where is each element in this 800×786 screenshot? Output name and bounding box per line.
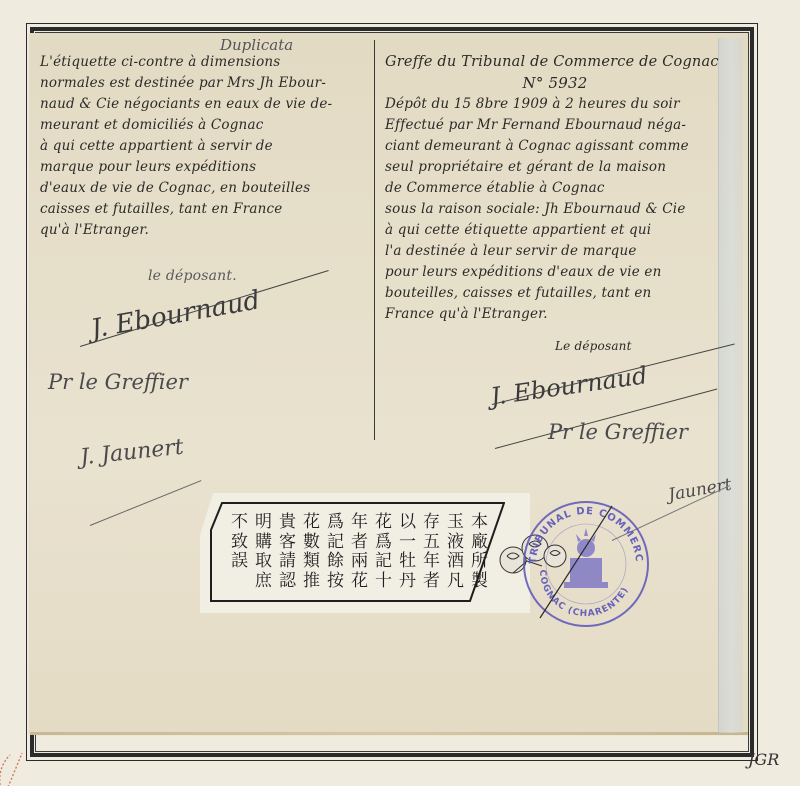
right-greffier-signature: Pr le Greffier <box>548 420 688 444</box>
label-character: 客 <box>279 533 296 553</box>
archivist-initials: JGR <box>748 750 779 769</box>
label-character: 五 <box>423 533 440 553</box>
right-line: l'a destinée à leur servir de marque <box>385 241 725 262</box>
label-character: 貴 <box>279 513 296 533</box>
red-archive-mark <box>0 745 26 786</box>
left-greffier-signature: Pr le Greffier <box>48 370 188 394</box>
label-character: 爲 <box>327 513 344 533</box>
label-character: 者 <box>423 572 440 592</box>
label-character: 不 <box>231 513 248 533</box>
label-character: 花 <box>375 513 392 533</box>
label-column: 本廠所製 <box>468 513 491 603</box>
left-line: naud & Cie négociants en eaux de vie de- <box>40 94 332 115</box>
left-line: normales est destinée par Mrs Jh Ebour- <box>40 73 332 94</box>
label-character: 廠 <box>471 533 488 553</box>
label-character: 年 <box>351 513 368 533</box>
label-character: 餘 <box>327 552 344 572</box>
right-line: ciant demeurant à Cognac agissant comme <box>385 136 725 157</box>
label-character: 液 <box>447 533 464 553</box>
right-line: de Commerce établie à Cognac <box>385 178 725 199</box>
label-character: 按 <box>327 572 344 592</box>
label-character: 以 <box>399 513 416 533</box>
left-line: meurant et domiciliés à Cognac <box>40 115 332 136</box>
label-character: 一 <box>399 533 416 553</box>
right-line: pour leurs expéditions d'eaux de vie en <box>385 262 725 283</box>
label-character: 爲 <box>375 533 392 553</box>
label-character: 推 <box>303 572 320 592</box>
label-character: 兩 <box>351 552 368 572</box>
label-character: 取 <box>255 552 272 572</box>
label-character: 數 <box>303 533 320 553</box>
right-line: Effectué par Mr Fernand Ebournaud néga- <box>385 115 725 136</box>
right-line: sous la raison sociale: Jh Ebournaud & C… <box>385 199 725 220</box>
registry-number: N° 5932 <box>385 73 725 94</box>
label-character: 花 <box>303 513 320 533</box>
left-depositor-label: le déposant. <box>148 266 237 287</box>
left-line: d'eaux de vie de Cognac, en bouteilles <box>40 178 332 199</box>
left-line: à qui cette appartient à servir de <box>40 136 332 157</box>
right-column-text: Greffe du Tribunal de Commerce de Cognac… <box>385 52 725 325</box>
left-column-text: L'étiquette ci-contre à dimensions norma… <box>40 52 332 241</box>
right-line: Dépôt du 15 8bre 1909 à 2 heures du soir <box>385 94 725 115</box>
label-character: 存 <box>423 513 440 533</box>
label-column: 花數類推 <box>300 513 323 603</box>
label-character: 凡 <box>447 572 464 592</box>
right-depositor-label: Le déposant <box>555 336 632 357</box>
label-character: 類 <box>303 552 320 572</box>
label-character: 庶 <box>255 572 272 592</box>
label-character: 製 <box>471 572 488 592</box>
label-character: 認 <box>279 572 296 592</box>
label-character: 者 <box>351 533 368 553</box>
label-character: 記 <box>327 533 344 553</box>
label-character: 記 <box>375 552 392 572</box>
label-character: 花 <box>351 572 368 592</box>
left-line: qu'à l'Etranger. <box>40 220 332 241</box>
label-character: 請 <box>279 552 296 572</box>
tribunal-stamp: TRIBUNAL DE COMMERCE DE COGNAC (CHARENTE… <box>520 498 652 630</box>
label-character: 誤 <box>231 552 248 572</box>
label-character: 明 <box>255 513 272 533</box>
right-line: bouteilles, caisses et futailles, tant e… <box>385 283 725 304</box>
left-line: L'étiquette ci-contre à dimensions <box>40 52 332 73</box>
right-line: à qui cette étiquette appartient et qui <box>385 220 725 241</box>
left-line: marque pour leurs expéditions <box>40 157 332 178</box>
chinese-label-text: 本廠所製玉液酒凡存五年者以一牡丹花爲記十年者兩花爲記餘按花數類推貴客請認明購取庶… <box>228 513 491 603</box>
right-line: France qu'à l'Etranger. <box>385 304 725 325</box>
label-character: 購 <box>255 533 272 553</box>
label-column: 存五年者 <box>420 513 443 603</box>
label-column: 年者兩花 <box>348 513 371 603</box>
label-character: 玉 <box>447 513 464 533</box>
label-column: 以一牡丹 <box>396 513 419 603</box>
label-column: 貴客請認 <box>276 513 299 603</box>
label-column: 玉液酒凡 <box>444 513 467 603</box>
label-character: 致 <box>231 533 248 553</box>
left-line: caisses et futailles, tant en France <box>40 199 332 220</box>
label-character: 酒 <box>447 552 464 572</box>
label-character: 所 <box>471 552 488 572</box>
column-divider <box>374 40 375 440</box>
registry-title: Greffe du Tribunal de Commerce de Cognac <box>385 52 725 73</box>
label-column: 爲記餘按 <box>324 513 347 603</box>
label-column: 花爲記十 <box>372 513 395 603</box>
label-column: 明購取庶 <box>252 513 275 603</box>
label-character: 牡 <box>399 552 416 572</box>
label-character: 本 <box>471 513 488 533</box>
label-character: 十 <box>375 572 392 592</box>
right-line: seul propriétaire et gérant de la maison <box>385 157 725 178</box>
label-column: 不致誤 <box>228 513 251 603</box>
label-character: 年 <box>423 552 440 572</box>
label-character: 丹 <box>399 572 416 592</box>
